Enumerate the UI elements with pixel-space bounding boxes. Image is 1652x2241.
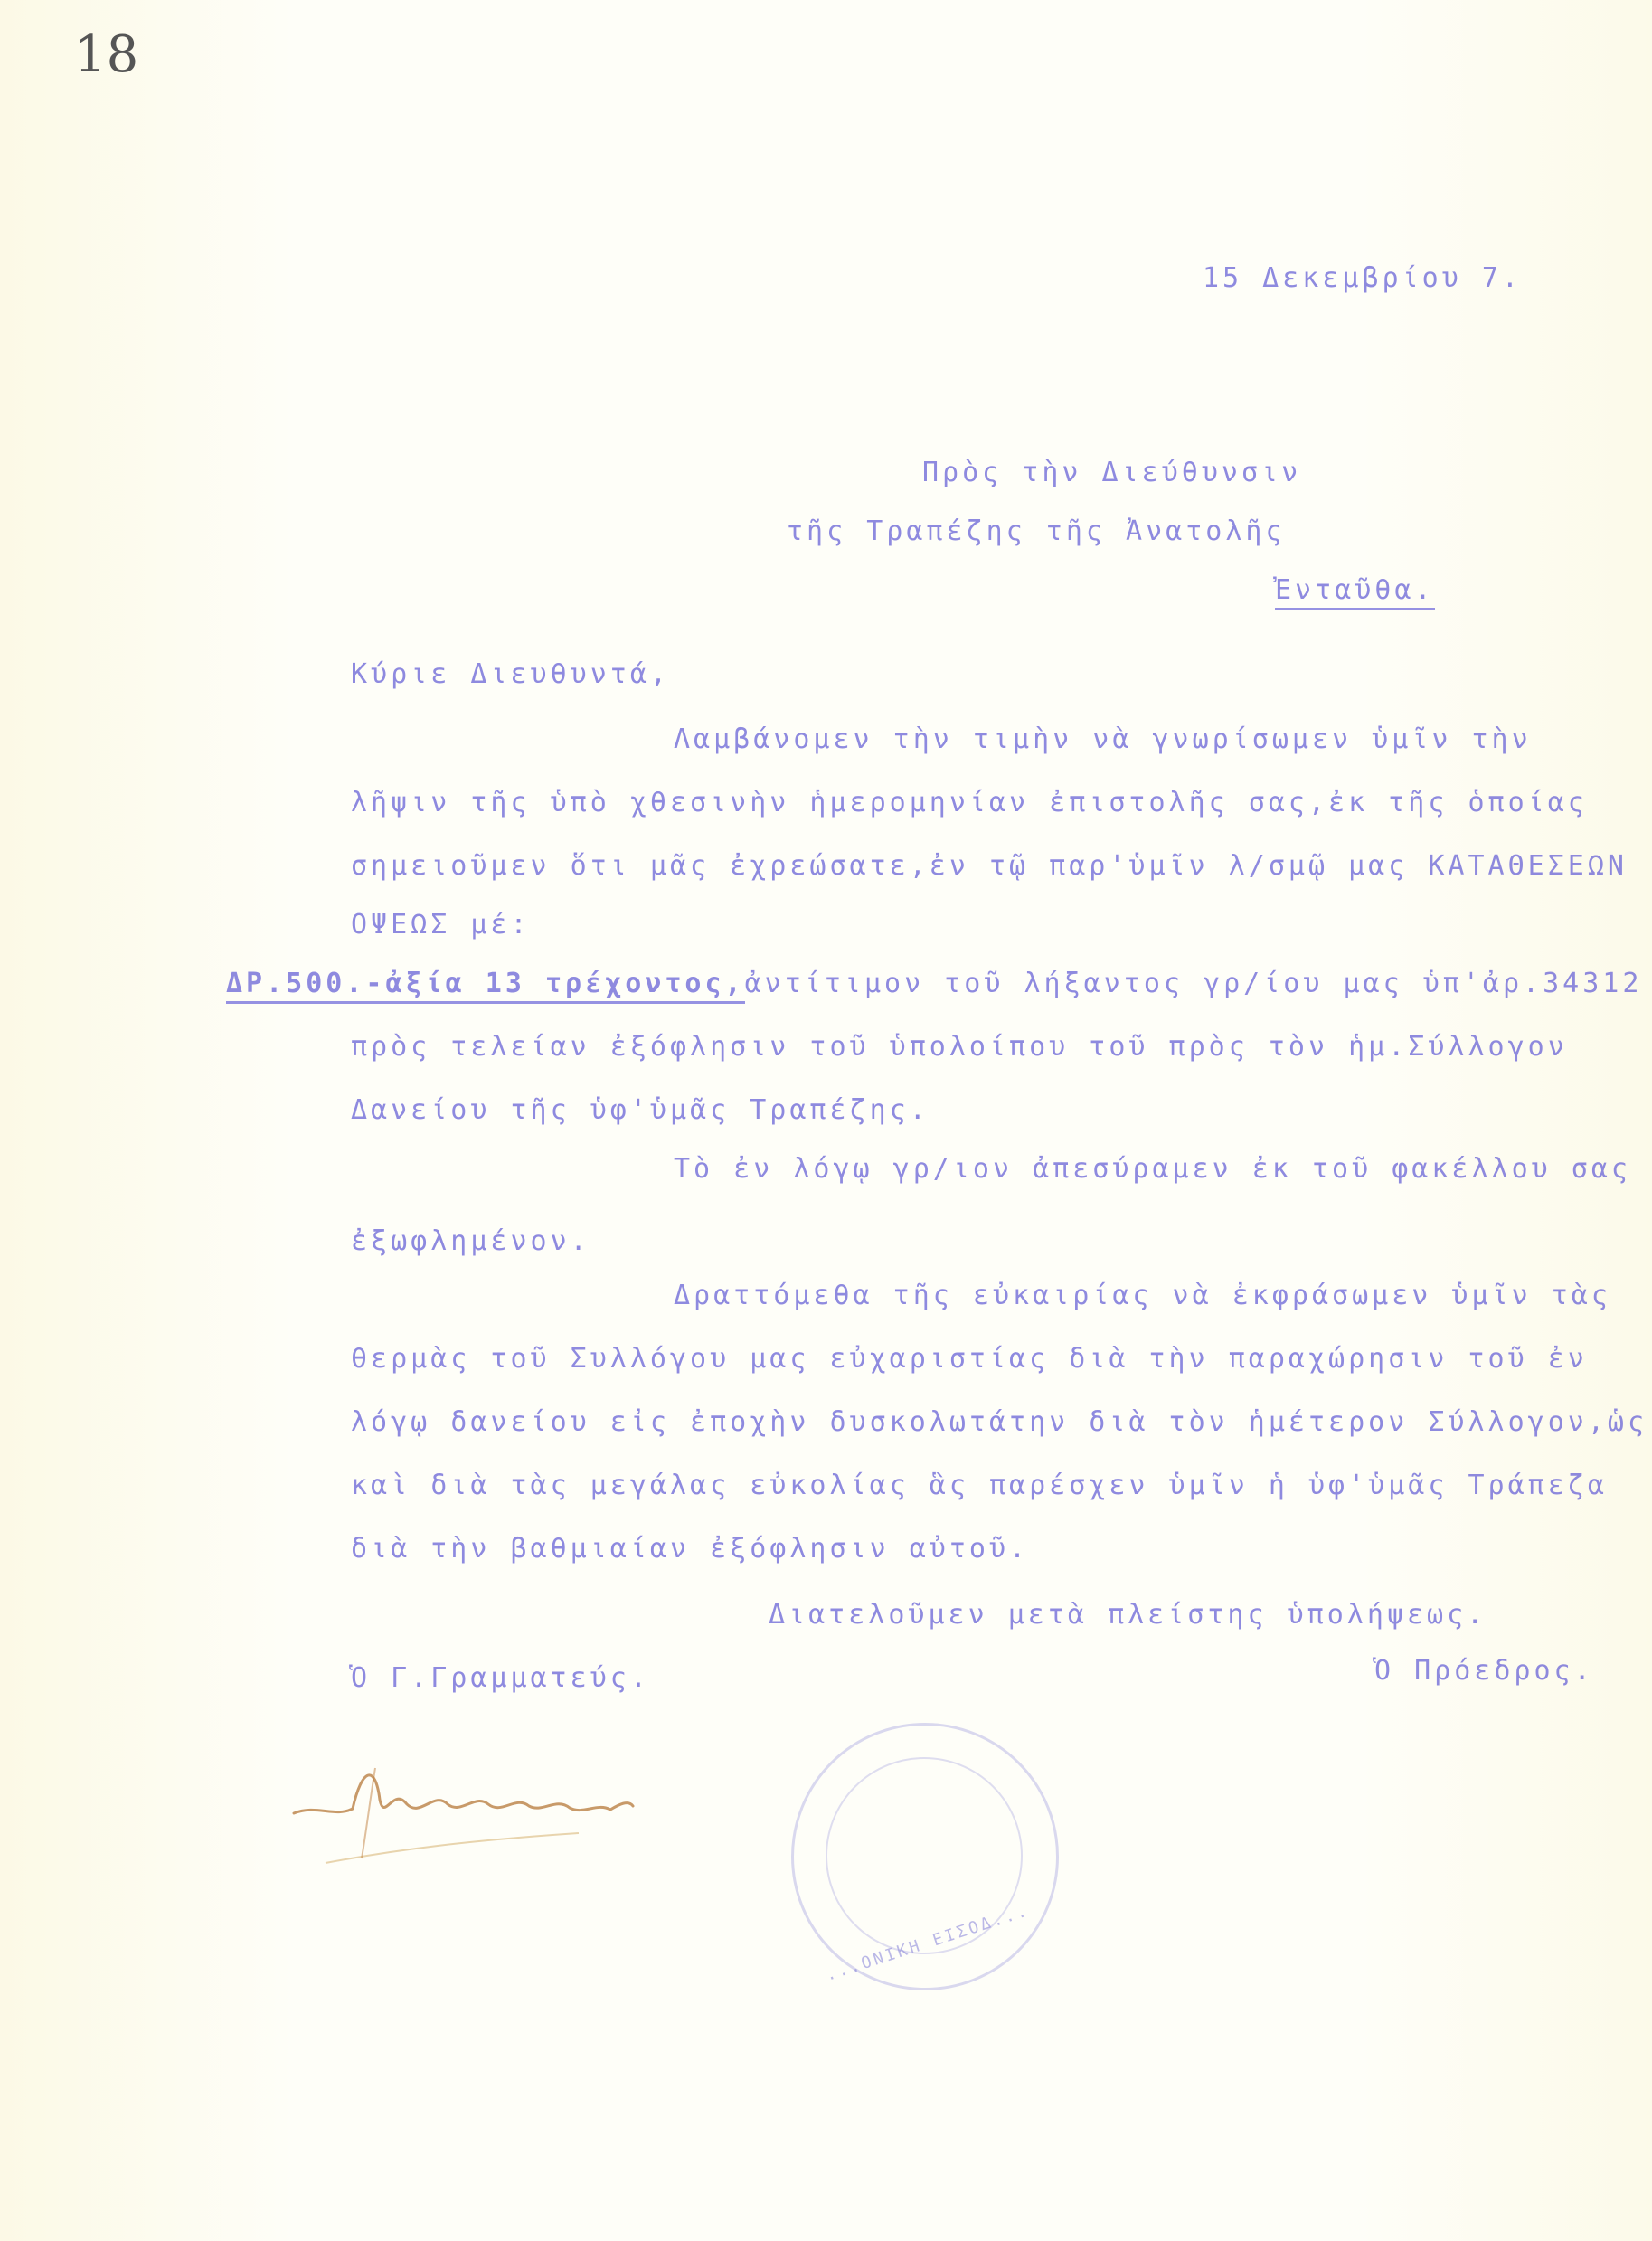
recipient-line-2: τῆς Τραπέζης τῆς Ἀνατολῆς xyxy=(787,515,1286,547)
body-line-2: λῆψιν τῆς ὑπὸ χθεσινὴν ἡμερομηνίαν ἐπιστ… xyxy=(351,787,1588,818)
paragraph2-line-1: Τὸ ἐν λόγῳ γρ/ιον ἀπεσύραμεν ἐκ τοῦ φακέ… xyxy=(674,1153,1631,1185)
paragraph3-line-5: διὰ τὴν βαθμιαίαν ἐξόφλησιν αὐτοῦ. xyxy=(351,1533,1029,1565)
handwritten-signature xyxy=(289,1750,760,1867)
entry-line-1: ΔΡ.500.-ἀξία 13 τρέχοντος,ἀντίτιμον τοῦ … xyxy=(226,968,1642,999)
signatory-secretary: Ὁ Γ.Γραμματεύς. xyxy=(351,1662,650,1694)
entry-line-3: Δανείου τῆς ὑφ'ὑμᾶς Τραπέζης. xyxy=(351,1094,930,1126)
recipient-line-3: Ἐνταῦθα. xyxy=(1275,574,1435,606)
entry-line-2: πρὸς τελείαν ἐξόφλησιν τοῦ ὑπολοίπου τοῦ… xyxy=(351,1031,1568,1063)
page-number: 18 xyxy=(74,25,138,84)
body-line-1: Λαμβάνομεν τὴν τιμὴν νὰ γνωρίσωμεν ὑμῖν … xyxy=(674,723,1532,755)
paragraph3-line-2: θερμὰς τοῦ Συλλόγου μας εὐχαριστίας διὰ … xyxy=(351,1343,1588,1375)
signatory-president: Ὁ Πρόεδρος. xyxy=(1374,1655,1594,1687)
paragraph3-line-4: καὶ διὰ τὰς μεγάλας εὐκολίας ἃς παρέσχεν… xyxy=(351,1470,1608,1501)
entry-amount: ΔΡ.500.-ἀξία 13 τρέχοντος, xyxy=(226,968,745,1004)
recipient-line-1: Πρὸς τὴν Διεύθυνσιν xyxy=(922,457,1301,488)
entry-description: ἀντίτιμον τοῦ λήξαντος γρ/ίου μας ὑπ'ἀρ.… xyxy=(745,968,1643,999)
salutation: Κύριε Διευθυντά, xyxy=(351,658,670,690)
recipient-city: Ἐνταῦθα. xyxy=(1275,574,1435,610)
closing: Διατελοῦμεν μετὰ πλείστης ὑπολήψεως. xyxy=(769,1599,1487,1631)
document-page: 18 15 Δεκεμβρίου 7. Πρὸς τὴν Διεύθυνσιν … xyxy=(0,0,1652,2241)
date-line: 15 Δεκεμβρίου 7. xyxy=(1203,262,1522,294)
body-line-3: σημειοῦμεν ὅτι μᾶς ἐχρεώσατε,ἐν τῷ παρ'ὑ… xyxy=(351,850,1628,882)
body-line-4: ΟΨΕΩΣ μέ: xyxy=(351,909,531,941)
official-seal-stamp: ...ΟΝΙΚΗ ΕΙΣΟΔ... xyxy=(791,1723,1059,1990)
paragraph3-line-3: λόγῳ δανείου εἰς ἐποχὴν δυσκολωτάτην διὰ… xyxy=(351,1406,1647,1438)
paragraph2-line-2: ἐξωφλημένον. xyxy=(351,1225,590,1257)
seal-text: ...ΟΝΙΚΗ ΕΙΣΟΔ... xyxy=(824,1901,1032,1985)
paragraph3-line-1: Δραττόμεθα τῆς εὐκαιρίας νὰ ἐκφράσωμεν ὑ… xyxy=(674,1280,1611,1311)
